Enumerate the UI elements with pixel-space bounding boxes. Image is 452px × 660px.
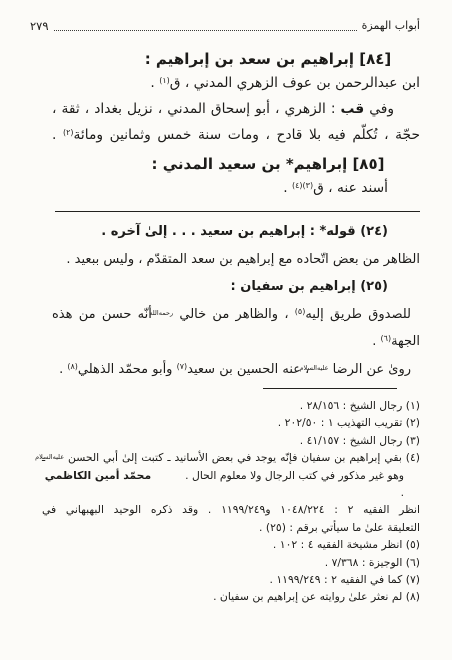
note-24-body: الظاهر من بعض اتّحاده مع إبراهيم بن سعد … bbox=[52, 246, 420, 274]
footnote-4-line-2: وهو غير مذكور في كتب الرجال ولا معلوم ال… bbox=[42, 467, 420, 502]
footnotes-section: (١) رجال الشيخ : ٢٨/١٥٦ . (٢) تقريب الته… bbox=[30, 397, 420, 606]
entry-84-line-2: وفي قب : الزهري ، أبو إسحاق المدني ، نزي… bbox=[52, 96, 420, 122]
footnote-4-line-3: انظر الفقيه ٢ : ١٠٤٨/٢٢٤ و١١٩٩/٢٤٩ . وقد… bbox=[42, 501, 420, 518]
footnote-3: (٣) رجال الشيخ : ٤١/١٥٧ . bbox=[42, 432, 420, 449]
note-25-line-2: الجهة(٦) . bbox=[52, 328, 420, 356]
section-title: أبواب الهمزة bbox=[362, 18, 420, 34]
footnote-4-line-4: التعليقة علىٰ ما سيأتي برقم : (٢٥) . bbox=[42, 519, 420, 536]
footnote-8: (٨) لم نعثر علىٰ روايته عن إبراهيم بن سف… bbox=[42, 588, 420, 605]
footnote-5: (٥) انظر مشيخة الفقيه ٤ : ١٠٢ . bbox=[42, 536, 420, 553]
dotted-leader bbox=[54, 19, 357, 31]
entry-85-heading: [٨٥] إبراهيم* بن سعيد المدني : bbox=[116, 153, 420, 175]
note-24-title: (٢٤) قوله* : إبراهيم بن سعيد . . . إلىٰ … bbox=[52, 218, 420, 246]
footnote-2: (٢) تقريب التهذيب ١ : ٢٠٢/٥٠ . bbox=[42, 414, 420, 431]
note-25-line-3: روىٰ عن الرضا عليه‌السلام ، عنه الحسين ب… bbox=[52, 356, 420, 384]
entry-84-line-3: حجّة ، تُكلّم فيه بلا قادح ، ومات سنة خم… bbox=[52, 122, 420, 148]
note-25-line-1: للصدوق طريق إليه(٥) ، والظاهر من خالي رح… bbox=[52, 301, 420, 329]
main-text: [٨٤] إبراهيم بن سعد بن إبراهيم : ابن عبد… bbox=[30, 48, 420, 201]
footnote-1: (١) رجال الشيخ : ٢٨/١٥٦ . bbox=[42, 397, 420, 414]
entry-85-line-1: أسند عنه ، ق(٣)(٤) . bbox=[52, 175, 420, 201]
note-25-title: (٢٥) إبراهيم بن سفيان : bbox=[52, 273, 420, 301]
footnote-divider bbox=[263, 388, 397, 389]
entry-84-heading: [٨٤] إبراهيم بن سعد بن إبراهيم : bbox=[116, 48, 420, 70]
page-number: ٢٧٩ bbox=[30, 18, 49, 34]
footnote-7: (٧) كما في الفقيه ٢ : ١١٩٩/٢٤٩ . bbox=[42, 571, 420, 588]
book-page: أبواب الهمزة ٢٧٩ [٨٤] إبراهيم بن سعد بن … bbox=[0, 0, 452, 660]
footnote-6: (٦) الوجيزة : ٧/٣٦٨ . bbox=[42, 554, 420, 571]
entry-84-line-1: ابن عبدالرحمن بن عوف الزهري المدني ، ق(١… bbox=[52, 70, 420, 96]
footnote-4-line-1: (٤) بقي إبراهيم بن سفيان فإنّه يوجد في ب… bbox=[42, 449, 420, 466]
commentary-divider bbox=[55, 211, 420, 212]
page-header: أبواب الهمزة ٢٧٩ bbox=[30, 18, 420, 34]
commentary-section: (٢٤) قوله* : إبراهيم بن سعيد . . . إلىٰ … bbox=[30, 218, 420, 383]
